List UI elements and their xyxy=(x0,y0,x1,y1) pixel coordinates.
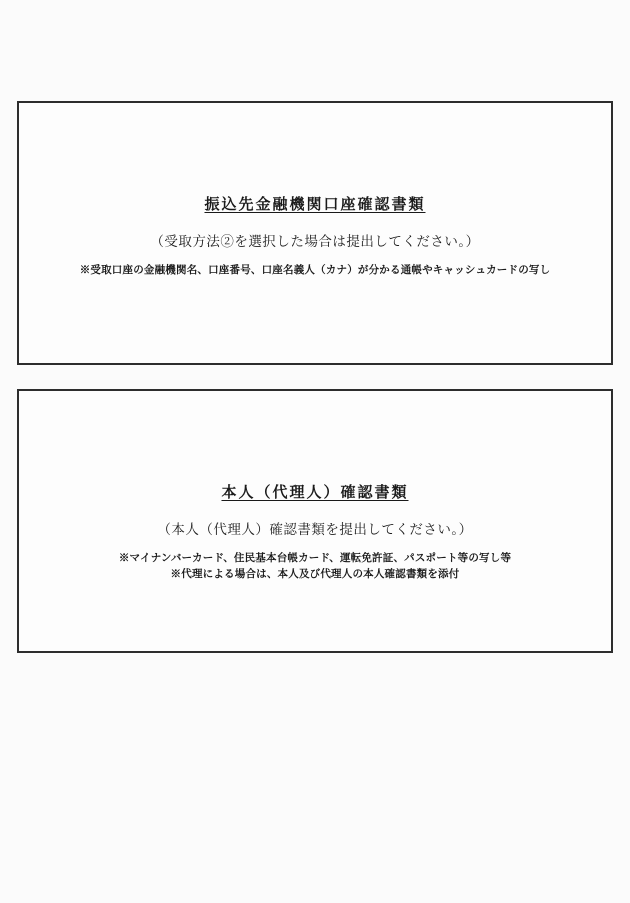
section-box-identity-documents: 本人（代理人）確認書類 （本人（代理人）確認書類を提出してください。） ※マイナ… xyxy=(17,389,613,653)
note-line: ※受取口座の金融機関名、口座番号、口座名義人（カナ）が分かる通帳やキャッシュカー… xyxy=(80,263,551,279)
section-notes: ※受取口座の金融機関名、口座番号、口座名義人（カナ）が分かる通帳やキャッシュカー… xyxy=(80,263,551,279)
document-page: { "page": { "background_color": "#fbfbfb… xyxy=(0,0,630,903)
section-subtitle: （本人（代理人）確認書類を提出してください。） xyxy=(157,518,472,538)
section-box-bank-account-documents: 振込先金融機関口座確認書類 （受取方法②を選択した場合は提出してください。） ※… xyxy=(17,101,613,365)
note-line: ※代理による場合は、本人及び代理人の本人確認書類を添付 xyxy=(119,567,511,583)
section-title: 振込先金融機関口座確認書類 xyxy=(204,193,425,214)
section-subtitle: （受取方法②を選択した場合は提出してください。） xyxy=(150,230,479,250)
section-title: 本人（代理人）確認書類 xyxy=(221,481,408,502)
section-notes: ※マイナンバーカード、住民基本台帳カード、運転免許証、パスポート等の写し等 ※代… xyxy=(119,551,511,582)
note-line: ※マイナンバーカード、住民基本台帳カード、運転免許証、パスポート等の写し等 xyxy=(119,551,511,567)
